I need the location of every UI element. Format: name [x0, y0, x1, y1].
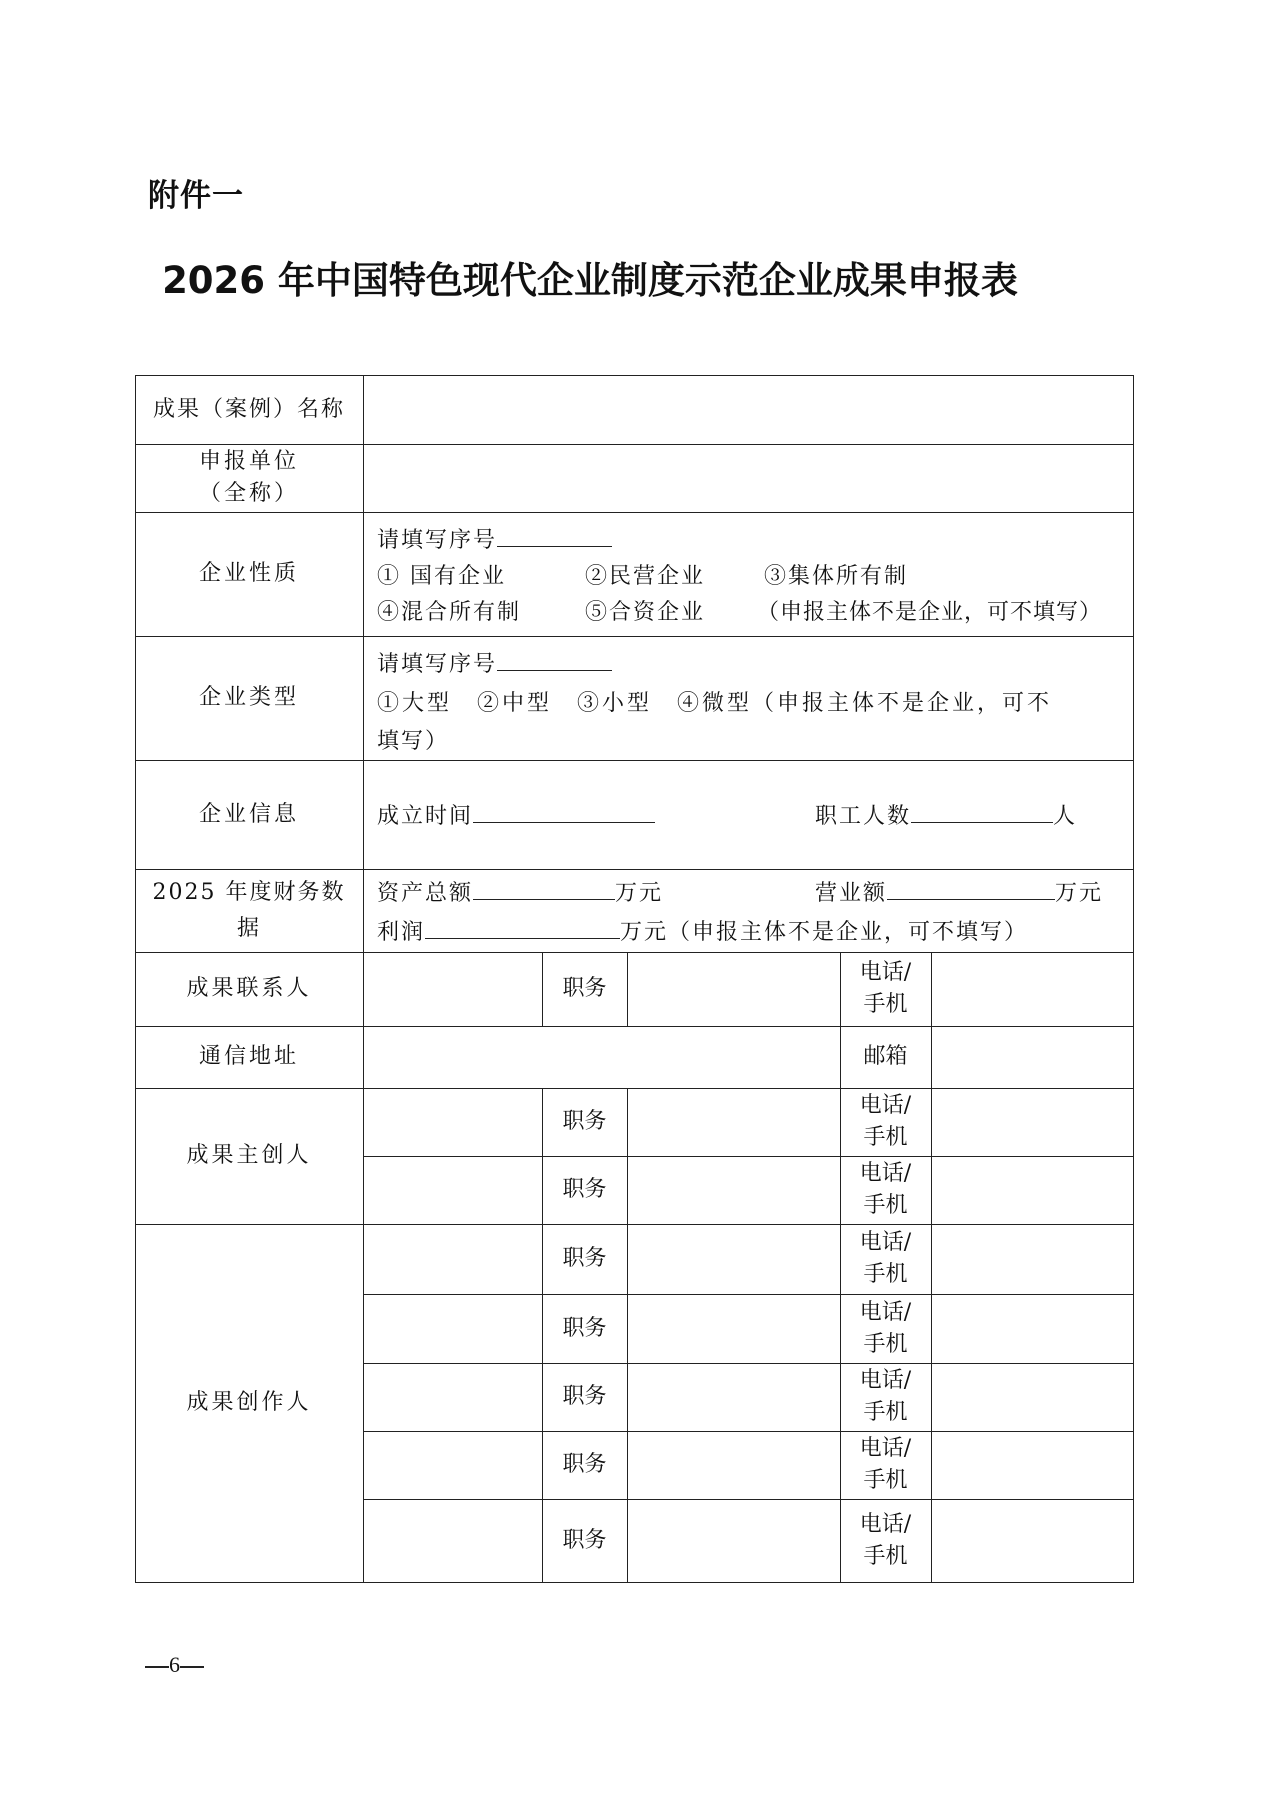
applicant-unit-field[interactable]	[363, 444, 1133, 512]
enterprise-nature-input[interactable]	[497, 524, 612, 547]
option-state-owned: ① 国有企业	[377, 564, 506, 589]
option-mixed: ④混合所有制	[377, 600, 521, 625]
co-creator-2-phone-label: 电话/手机	[840, 1294, 931, 1363]
staff-label: 职工人数	[815, 804, 911, 829]
contact-label: 成果联系人	[135, 952, 363, 1026]
address-field[interactable]	[363, 1026, 840, 1088]
contact-phone-label: 电话/手机	[840, 952, 931, 1026]
address-label: 通信地址	[135, 1026, 363, 1088]
option-private: ②民营企业	[585, 561, 705, 593]
co-creator-4-phone-label: 电话/手机	[840, 1431, 931, 1499]
contact-name-field[interactable]	[363, 952, 542, 1026]
applicant-unit-label: 申报单位 （全称）	[135, 444, 363, 512]
lead-creator-2-position-label: 职务	[542, 1156, 627, 1224]
staff-input[interactable]	[911, 800, 1053, 823]
co-creator-1-phone-label: 电话/手机	[840, 1224, 931, 1294]
lead-creator-label: 成果主创人	[135, 1088, 363, 1224]
founded-label: 成立时间	[377, 804, 473, 829]
co-creator-label: 成果创作人	[135, 1224, 363, 1582]
assets-input[interactable]	[473, 877, 615, 900]
co-creator-1-position-label: 职务	[542, 1224, 627, 1294]
co-creator-5-position-label: 职务	[542, 1499, 627, 1582]
co-creator-2-position-label: 职务	[542, 1294, 627, 1363]
enterprise-nature-prompt: 请填写序号	[377, 524, 612, 557]
assets-label: 资产总额	[377, 881, 473, 906]
enterprise-type-options: ①大型 ②中型 ③小型 ④微型（申报主体不是企业，可不	[377, 688, 1052, 720]
lead-creator-1-position-label: 职务	[542, 1088, 627, 1156]
lead-creator-2-phone-label: 电话/手机	[840, 1156, 931, 1224]
email-label: 邮箱	[840, 1026, 931, 1088]
profit-label: 利润	[377, 920, 425, 945]
financial-label: 2025 年度财务数 据	[135, 869, 363, 952]
enterprise-nature-label: 企业性质	[135, 512, 363, 636]
attachment-label: 附件一	[148, 170, 244, 215]
co-creator-3-phone-label: 电话/手机	[840, 1363, 931, 1431]
achievement-name-label: 成果（案例）名称	[135, 375, 363, 444]
revenue-input[interactable]	[887, 877, 1055, 900]
enterprise-type-label: 企业类型	[135, 636, 363, 760]
enterprise-type-options-wrap: 填写）	[377, 726, 449, 758]
staff-unit: 人	[1053, 804, 1077, 829]
enterprise-type-prompt: 请填写序号	[377, 648, 612, 681]
achievement-name-field[interactable]	[363, 375, 1133, 444]
revenue-label: 营业额	[815, 881, 887, 906]
co-creator-3-position-label: 职务	[542, 1363, 627, 1431]
contact-position-label: 职务	[542, 952, 627, 1026]
co-creator-5-phone-label: 电话/手机	[840, 1499, 931, 1582]
nature-note: （申报主体不是企业，可不填写）	[757, 597, 1102, 629]
founded-input[interactable]	[473, 800, 655, 823]
enterprise-info-label: 企业信息	[135, 760, 363, 869]
page-title: 2026 年中国特色现代企业制度示范企业成果申报表	[0, 250, 1280, 304]
contact-position-field[interactable]	[627, 952, 840, 1026]
option-joint-venture: ⑤合资企业	[585, 597, 705, 629]
co-creator-4-position-label: 职务	[542, 1431, 627, 1499]
contact-phone-field[interactable]	[931, 952, 1133, 1026]
email-field[interactable]	[931, 1026, 1133, 1088]
option-collective: ③集体所有制	[764, 561, 908, 593]
enterprise-type-input[interactable]	[497, 648, 612, 671]
profit-input[interactable]	[425, 916, 620, 939]
lead-creator-1-phone-label: 电话/手机	[840, 1088, 931, 1156]
page-number: 6	[145, 1652, 204, 1678]
